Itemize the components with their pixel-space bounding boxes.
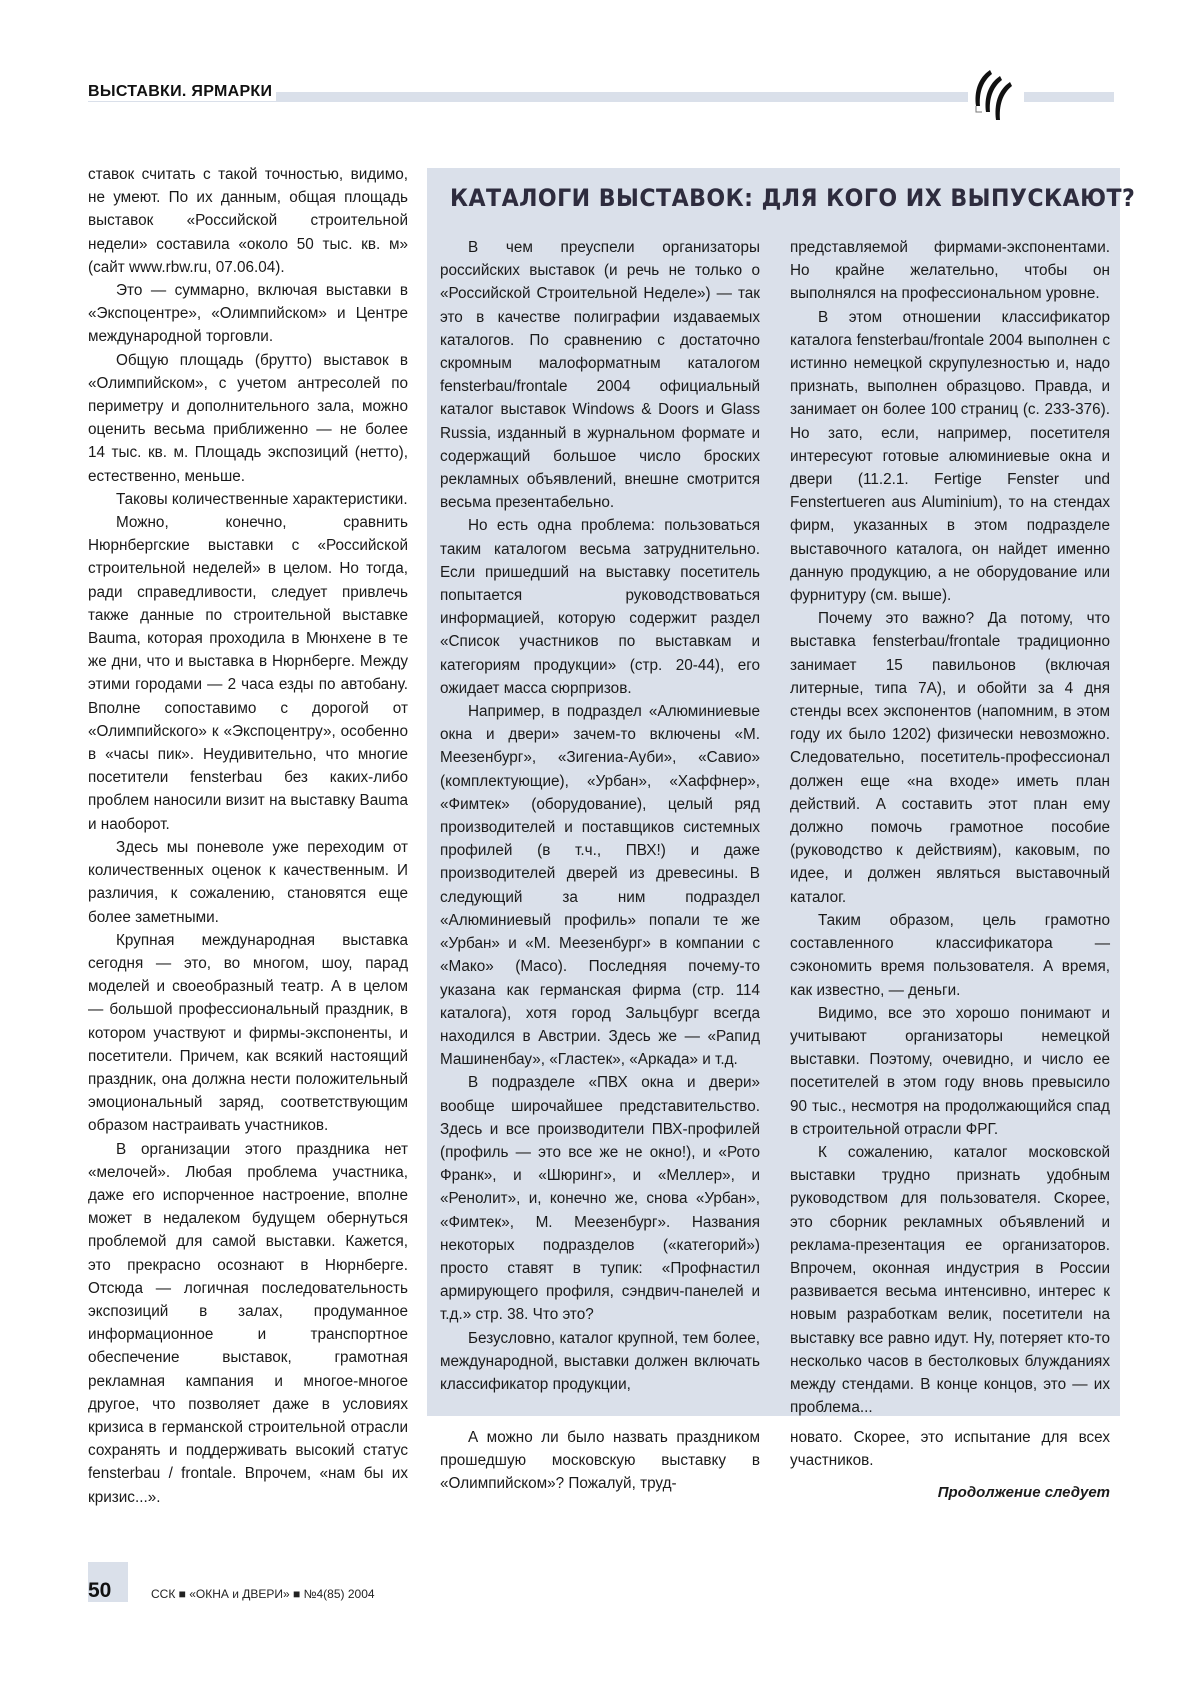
page-number: 50 [88, 1580, 111, 1602]
paragraph: Таким образом, цель грамотно составленно… [790, 909, 1110, 1002]
swoosh-logo-icon [970, 66, 1022, 124]
paragraph: Но есть одна проблема: пользоваться таки… [440, 514, 760, 700]
paragraph: Безусловно, каталог крупной, тем более, … [440, 1327, 760, 1397]
publication-info: ССК ■ «ОКНА и ДВЕРИ» ■ №4(85) 2004 [151, 1587, 375, 1601]
paragraph: новато. Скорее, это испытание для всех у… [790, 1426, 1110, 1472]
paragraph: Таковы количественные характеристики. [88, 488, 408, 511]
after-box-column-1: А можно ли было назвать праздником проше… [440, 1426, 760, 1496]
paragraph: В этом отношении классификатор каталога … [790, 306, 1110, 608]
paragraph: Можно, конечно, сравнить Нюрнбергские вы… [88, 511, 408, 836]
paragraph: Например, в подраздел «Алюминиевые окна … [440, 700, 760, 1071]
paragraph: Общую площадь (брутто) выставок в «Олимп… [88, 349, 408, 488]
paragraph: Это — суммарно, включая выставки в «Эксп… [88, 279, 408, 349]
paragraph: К сожалению, каталог московской выставки… [790, 1141, 1110, 1419]
paragraph: А можно ли было назвать праздником проше… [440, 1426, 760, 1496]
paragraph: Крупная международная выставка сегодня —… [88, 929, 408, 1138]
sidebar-column-2: представляемой фирмами-экспонентами. Но … [790, 236, 1110, 1419]
sidebar-box-title: КАТАЛОГИ ВЫСТАВОК: ДЛЯ КОГО ИХ ВЫПУСКАЮТ… [450, 184, 1048, 212]
paragraph: В организации этого праздника нет «мелоч… [88, 1138, 408, 1509]
paragraph: Видимо, все это хорошо понимают и учитыв… [790, 1002, 1110, 1141]
paragraph: Почему это важно? Да потому, что выставк… [790, 607, 1110, 909]
continuation-note: Продолжение следует [790, 1484, 1110, 1501]
section-title: ВЫСТАВКИ. ЯРМАРКИ [88, 83, 276, 101]
paragraph: Здесь мы поневоле уже переходим от колич… [88, 836, 408, 929]
after-box-column-2: новато. Скорее, это испытание для всех у… [790, 1426, 1110, 1472]
header-rule-right [1024, 92, 1114, 102]
left-article-column: ставок считать с такой точностью, видимо… [88, 163, 408, 1509]
sidebar-column-1: В чем преуспели организаторы российских … [440, 236, 760, 1396]
paragraph: представляемой фирмами-экспонентами. Но … [790, 236, 1110, 306]
paragraph: В чем преуспели организаторы российских … [440, 236, 760, 514]
paragraph: ставок считать с такой точностью, видимо… [88, 163, 408, 279]
paragraph: В подразделе «ПВХ окна и двери» вообще ш… [440, 1071, 760, 1326]
